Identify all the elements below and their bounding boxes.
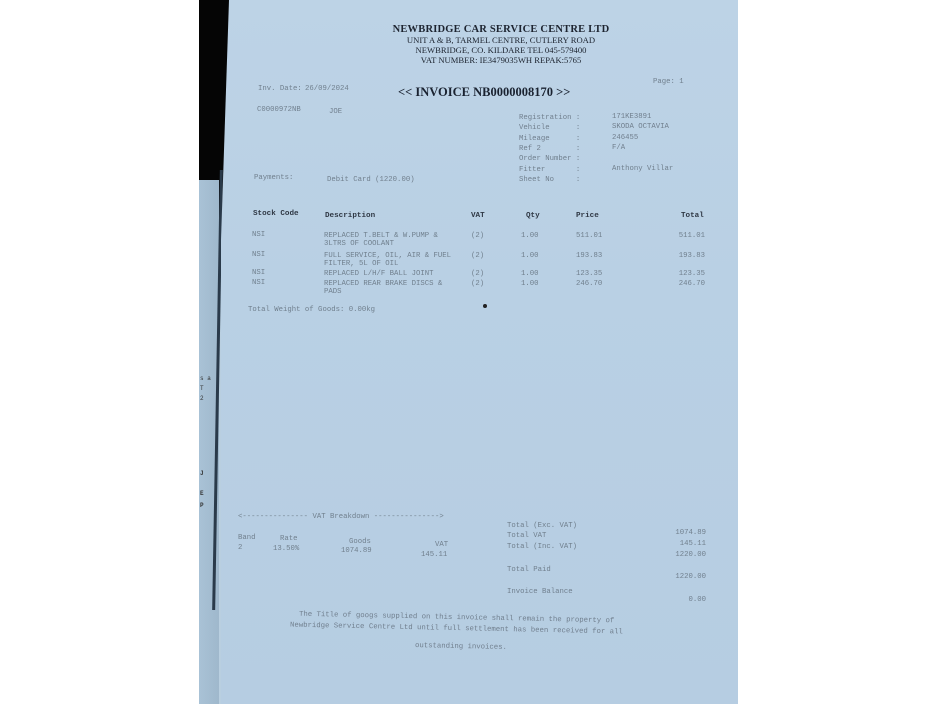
total-exc-vat-label: Total (Exc. VAT) bbox=[507, 522, 577, 530]
line-item-quantity: 1.00 bbox=[521, 252, 539, 260]
total-exc-vat: 1074.89 bbox=[641, 529, 706, 537]
line-item-total: 193.83 bbox=[651, 252, 705, 260]
col-price: Price bbox=[576, 212, 599, 220]
line-item-stock-code: NSI bbox=[252, 231, 265, 239]
col-stock-code: Stock Code bbox=[253, 210, 299, 218]
vat-band-header: Band bbox=[238, 534, 256, 542]
line-item-stock-code: NSI bbox=[252, 251, 265, 259]
vehicle-info-label: Vehicle : bbox=[519, 124, 580, 132]
line-item-price: 193.83 bbox=[576, 252, 602, 260]
vat-goods-header: Goods bbox=[349, 538, 371, 546]
vehicle-info-value: Anthony Villar bbox=[612, 165, 673, 173]
line-item-description: REPLACED REAR BRAKE DISCS & bbox=[324, 280, 442, 288]
invoice-date: 26/09/2024 bbox=[305, 85, 349, 93]
footer-line-3: outstanding invoices. bbox=[415, 642, 507, 652]
line-item-total: 246.70 bbox=[651, 280, 705, 288]
line-item-stock-code: NSI bbox=[252, 279, 265, 287]
line-item-vat-code: (2) bbox=[471, 252, 484, 260]
vat-vat-header: VAT bbox=[435, 541, 448, 549]
col-description: Description bbox=[325, 212, 375, 220]
total-vat: 145.11 bbox=[641, 540, 706, 548]
line-item-quantity: 1.00 bbox=[521, 270, 539, 278]
line-item-price: 123.35 bbox=[576, 270, 602, 278]
vehicle-info-value: F/A bbox=[612, 144, 625, 152]
company-vat-number: VAT NUMBER: IE3479035WH REPAK:5765 bbox=[371, 55, 631, 66]
vehicle-info-label: Sheet No : bbox=[519, 176, 580, 184]
customer-code: C0000972NB bbox=[257, 106, 301, 114]
page-number: Page: 1 bbox=[653, 78, 684, 86]
customer-name: JOE bbox=[329, 108, 342, 116]
line-item-total: 123.35 bbox=[651, 270, 705, 278]
vehicle-info-label: Order Number : bbox=[519, 155, 580, 163]
line-item-description-cont: FILTER, 5L OF OIL bbox=[324, 260, 398, 268]
vat-amount: 145.11 bbox=[421, 551, 447, 559]
line-item-stock-code: NSI bbox=[252, 269, 265, 277]
total-vat-label: Total VAT bbox=[507, 532, 546, 540]
vat-rate: 13.50% bbox=[273, 545, 299, 553]
line-item-total: 511.01 bbox=[651, 232, 705, 240]
payments-value: Debit Card (1220.00) bbox=[327, 176, 415, 184]
col-vat: VAT bbox=[471, 212, 485, 220]
vat-band: 2 bbox=[238, 544, 242, 552]
line-item-quantity: 1.00 bbox=[521, 280, 539, 288]
col-qty: Qty bbox=[526, 212, 540, 220]
line-item-quantity: 1.00 bbox=[521, 232, 539, 240]
invoice-date-label: Inv. Date: bbox=[258, 85, 302, 93]
line-item-vat-code: (2) bbox=[471, 280, 484, 288]
total-inc-vat-label: Total (Inc. VAT) bbox=[507, 543, 577, 551]
invoice-balance-label: Invoice Balance bbox=[507, 588, 573, 596]
line-item-description: REPLACED L/H/F BALL JOINT bbox=[324, 270, 433, 278]
vehicle-info-label: Registration : bbox=[519, 114, 580, 122]
vehicle-info-value: SKODA OCTAVIA bbox=[612, 123, 669, 131]
invoice-photo: s a T 2 J E P NEWBRIDGE CAR SERVICE CENT… bbox=[199, 0, 738, 704]
total-paid: 1220.00 bbox=[641, 573, 706, 581]
total-weight: Total Weight of Goods: 0.00kg bbox=[248, 306, 375, 314]
company-name: NEWBRIDGE CAR SERVICE CENTRE LTD bbox=[371, 24, 631, 35]
invoice-sheet: NEWBRIDGE CAR SERVICE CENTRE LTD UNIT A … bbox=[221, 0, 738, 704]
ink-dot bbox=[483, 304, 487, 308]
line-item-description-cont: PADS bbox=[324, 288, 342, 296]
vat-breakdown-title: <--------------- VAT Breakdown ---------… bbox=[238, 513, 444, 521]
line-item-vat-code: (2) bbox=[471, 232, 484, 240]
line-item-vat-code: (2) bbox=[471, 270, 484, 278]
line-item-price: 511.01 bbox=[576, 232, 602, 240]
line-item-description-cont: 3LTRS OF COOLANT bbox=[324, 240, 394, 248]
col-total: Total bbox=[681, 212, 704, 220]
total-inc-vat: 1220.00 bbox=[641, 551, 706, 559]
vehicle-info-label: Ref 2 : bbox=[519, 145, 580, 153]
invoice-title: << INVOICE NB0000008170 >> bbox=[398, 85, 570, 100]
line-item-price: 246.70 bbox=[576, 280, 602, 288]
invoice-balance: 0.00 bbox=[641, 596, 706, 604]
vehicle-info-value: 171KE3891 bbox=[612, 113, 651, 121]
vehicle-info-value: 246455 bbox=[612, 134, 638, 142]
vehicle-info-label: Mileage : bbox=[519, 135, 580, 143]
total-paid-label: Total Paid bbox=[507, 566, 551, 574]
vehicle-info-label: Fitter : bbox=[519, 166, 580, 174]
vat-goods: 1074.89 bbox=[341, 547, 372, 555]
vat-rate-header: Rate bbox=[280, 535, 298, 543]
payments-label: Payments: bbox=[254, 174, 293, 182]
